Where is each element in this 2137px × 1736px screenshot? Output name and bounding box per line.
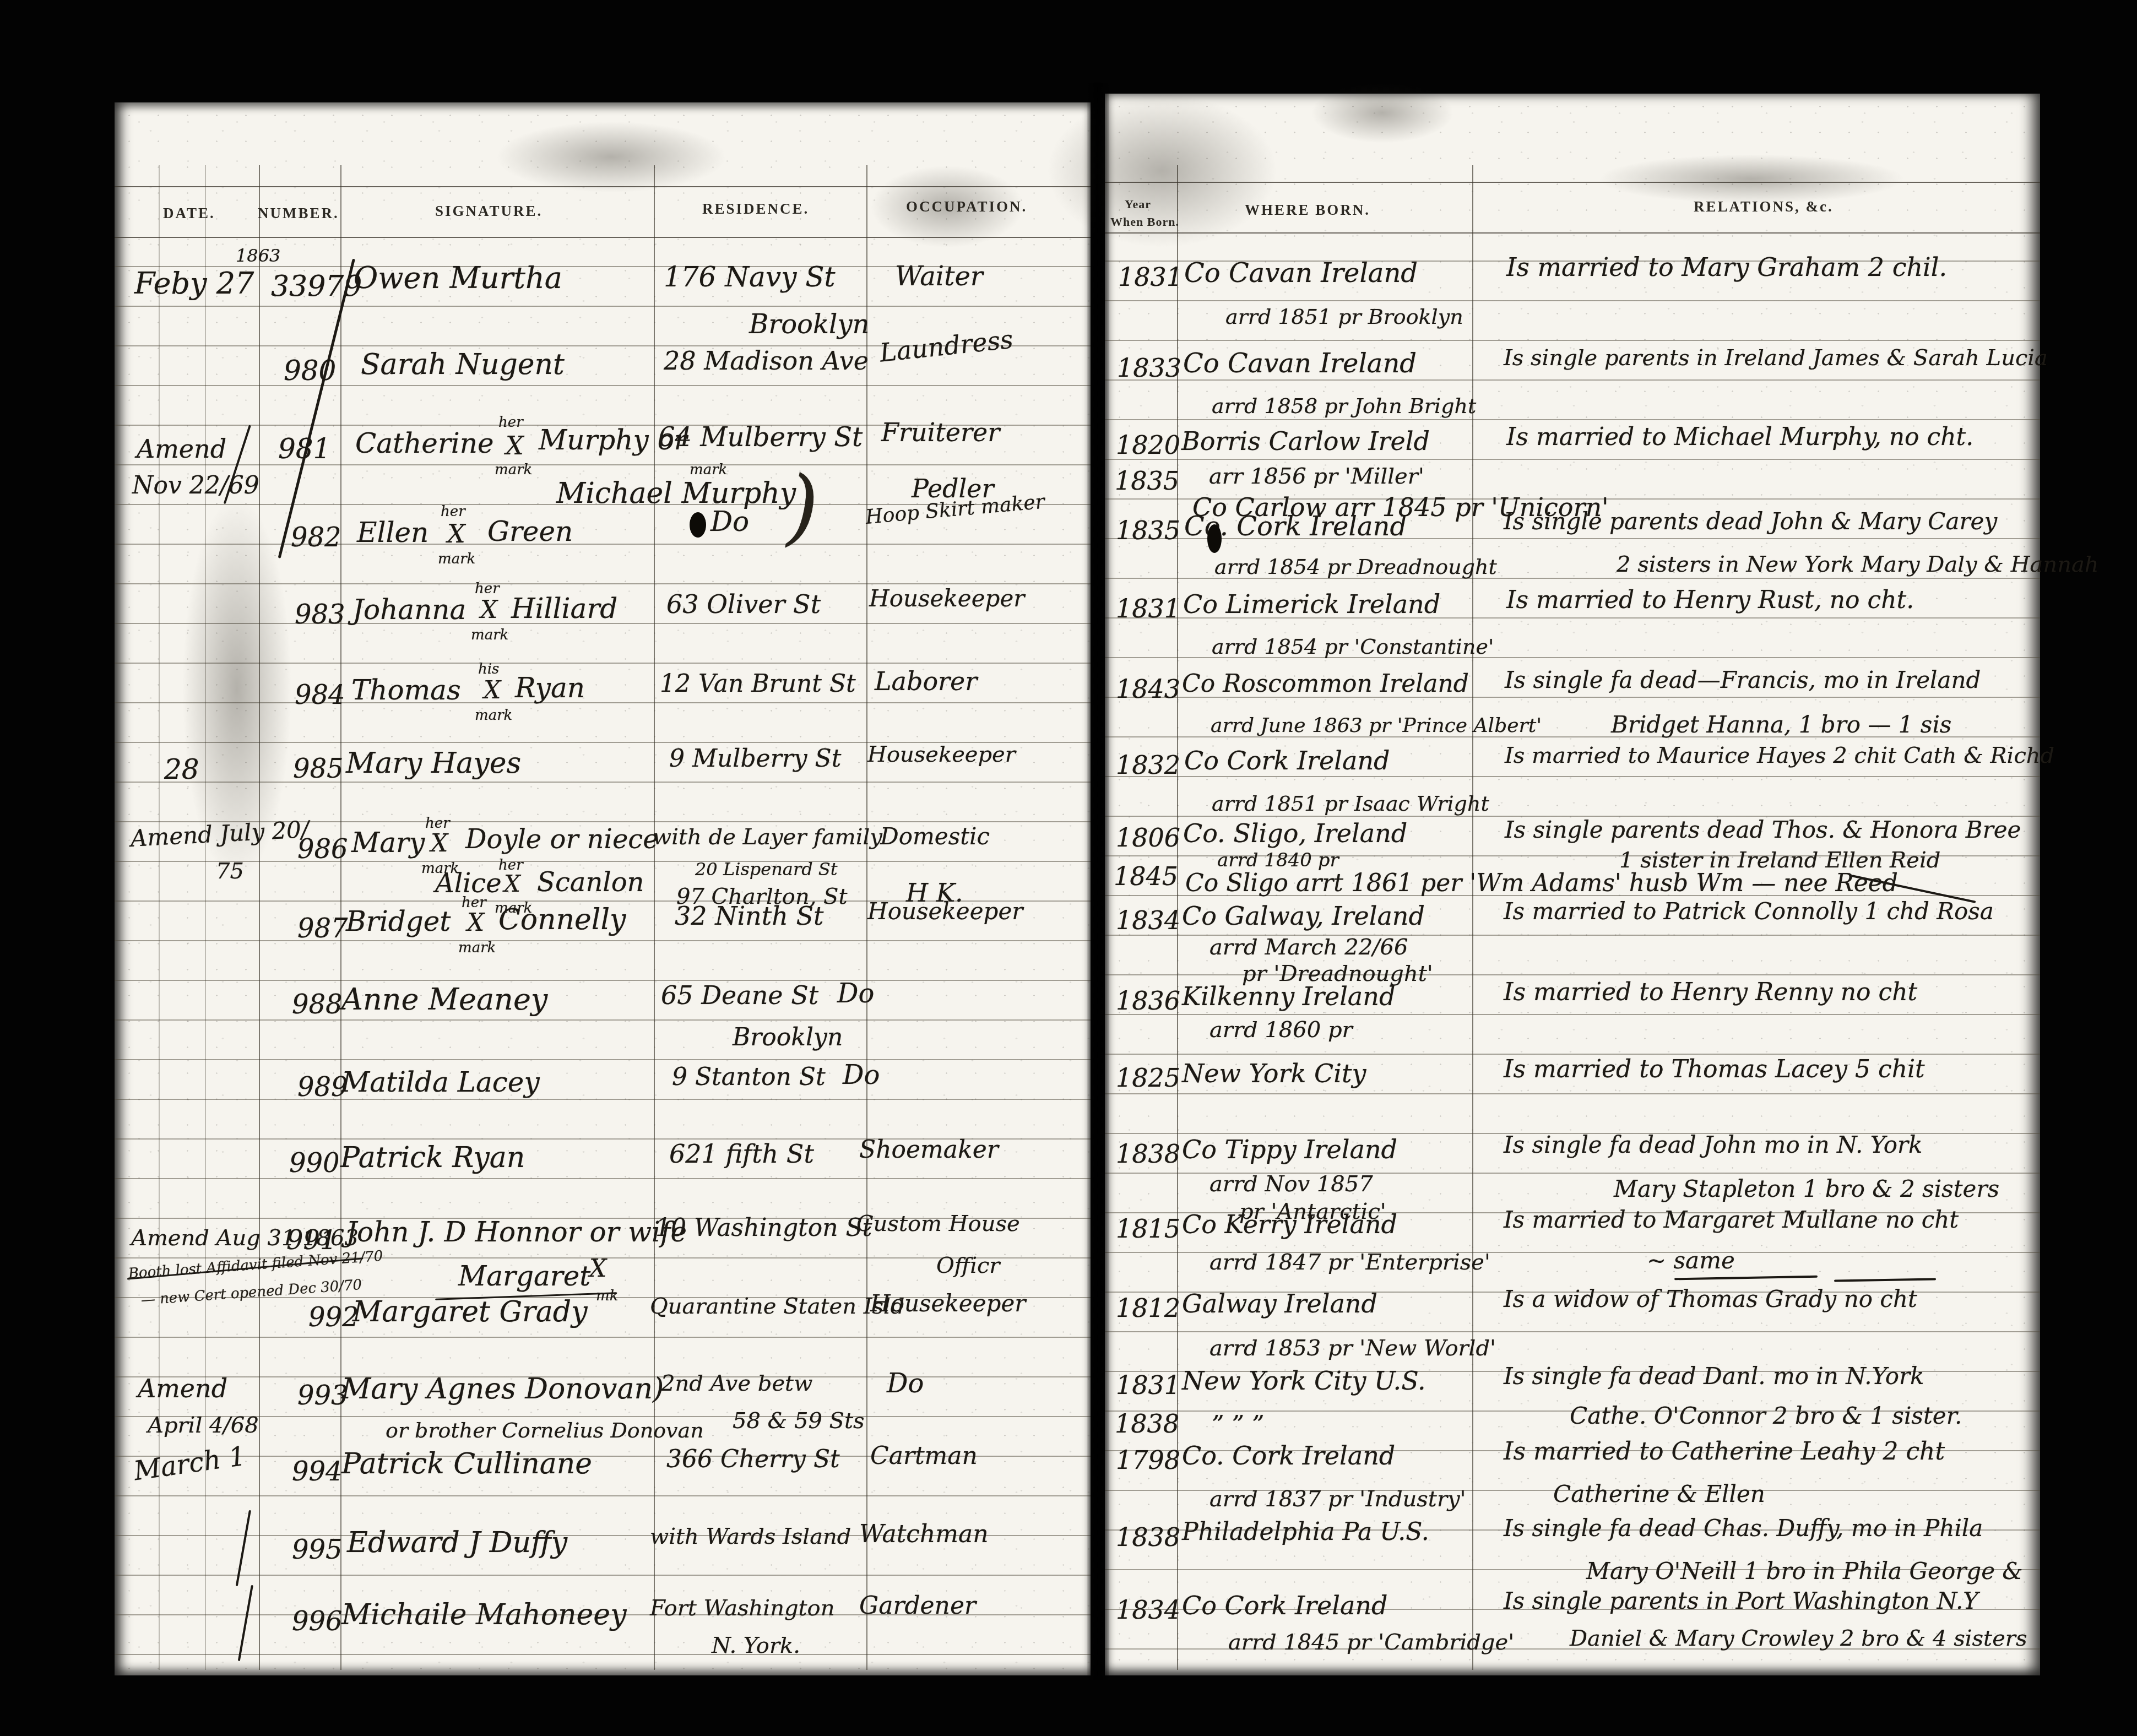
entry-number: 990 — [289, 1150, 340, 1176]
entry-number: 985 — [293, 756, 344, 782]
entry-signature-mark: X — [506, 433, 524, 458]
entry-relations: Is married to Patrick Connolly 1 chd Ros… — [1504, 900, 1994, 923]
entry-signature: Owen Murtha — [354, 263, 562, 293]
entry-number: 989 — [297, 1074, 348, 1100]
entry-where-born: arrd June 1863 pr 'Prince Albert' — [1211, 716, 1542, 736]
entry-signature: Thomas — [351, 676, 461, 704]
entry-relations: Is married to Thomas Lacey 5 chit — [1504, 1057, 1925, 1082]
entry-signature-mark: her — [425, 816, 450, 831]
entry-residence: 58 & 59 Sts — [733, 1410, 865, 1432]
entry-date: April 4/68 — [148, 1414, 259, 1436]
entry-relations: Is single parents dead Thos. & Honora Br… — [1505, 818, 2021, 842]
entry-occupation: Housekeeper — [867, 900, 1023, 923]
entry-relations: Is single fa dead Danl. mo in N.York — [1504, 1365, 1924, 1388]
entry-relations: Is married to Michael Murphy, no cht. — [1506, 425, 1973, 449]
entry-relations: Is married to Henry Rust, no cht. — [1506, 588, 1914, 612]
entry-year-born: 1838 — [1115, 1411, 1179, 1436]
entry-relations: Is married to Henry Renny no cht — [1504, 980, 1917, 1005]
entry-where-born: arrd 1851 pr Isaac Wright — [1212, 793, 1489, 814]
entry-where-born: Co Cork Ireland — [1182, 1593, 1387, 1618]
entry-date: 75 — [216, 860, 244, 882]
entry-year-born: 1838 — [1116, 1525, 1180, 1550]
entry-occupation: Gardener — [859, 1594, 976, 1618]
entry-date: Amend July 20/ — [130, 818, 310, 850]
entry-year-born: 1815 — [1116, 1216, 1180, 1241]
entry-occupation: Do — [887, 1370, 924, 1397]
entry-signature: Matilda Lacey — [341, 1068, 540, 1096]
entry-number: 991 — [286, 1227, 337, 1254]
entry-occupation: Officr — [936, 1255, 1000, 1277]
entry-year-born: 1831 — [1116, 596, 1180, 621]
entry-relations: Mary Stapleton 1 bro & 2 sisters — [1614, 1178, 1999, 1201]
entry-year-born: 1832 — [1116, 752, 1180, 778]
underline-stroke — [1674, 1276, 1818, 1281]
entry-signature: Patrick Ryan — [340, 1143, 525, 1172]
entry-where-born: Co Cavan Ireland — [1183, 350, 1417, 377]
entry-year-born: 1834 — [1116, 908, 1180, 933]
entry-signature: Margaret Grady — [352, 1298, 588, 1326]
entry-residence: 9 Mulberry St — [669, 747, 841, 771]
entry-signature-mark: her — [475, 582, 500, 596]
entry-where-born: arrd 1847 pr 'Enterprise' — [1209, 1251, 1490, 1273]
entry-occupation: Watchman — [859, 1522, 989, 1547]
entry-occupation: Waiter — [895, 263, 983, 290]
entry-residence: Brooklyn — [733, 1026, 843, 1050]
entry-relations: Is single parents in Port Washington N.Y — [1504, 1589, 1978, 1613]
entry-year-born: 1831 — [1116, 1372, 1180, 1398]
entry-year-born: 1820 — [1116, 432, 1180, 458]
entry-relations: Is single fa dead—Francis, mo in Ireland — [1505, 669, 1981, 692]
entry-occupation: Housekeeper — [867, 744, 1016, 766]
entry-occupation: Custom House — [856, 1213, 1020, 1235]
check-stroke-995 — [236, 1510, 251, 1587]
entry-where-born: Co. Sligo, Ireland — [1183, 821, 1407, 846]
entry-year-born: 1798 — [1116, 1447, 1180, 1473]
entry-year-born: 1812 — [1116, 1295, 1180, 1321]
entry-date-year: 1863 — [236, 247, 280, 264]
entry-signature: Michaile Mahoneey — [341, 1601, 627, 1629]
entry-signature: Alice — [435, 870, 502, 897]
entry-where-born: arrd 1853 pr 'New World' — [1209, 1337, 1496, 1359]
entry-signature-mark: her — [498, 415, 523, 430]
entry-where-born: arrd 1845 pr 'Cambridge' — [1228, 1631, 1514, 1653]
entry-where-born: Galway Ireland — [1182, 1291, 1377, 1316]
entry-number: 984 — [295, 682, 345, 708]
entry-signature-mark: mark — [458, 941, 496, 955]
entry-occupation: Do — [843, 1062, 880, 1088]
entry-year-born: 1835 — [1115, 468, 1179, 493]
entry-number: 992 — [308, 1304, 359, 1331]
entry-signature: John J. D Honnor or wife — [346, 1218, 687, 1246]
entry-residence: 621 fifth St — [669, 1141, 814, 1167]
entry-signature-mark: X — [447, 521, 465, 546]
entry-signature: Mary — [351, 829, 425, 856]
entry-where-born: arrd March 22/66 — [1209, 936, 1408, 958]
entry-signature-mark: mark — [495, 463, 532, 477]
entry-signature: Doyle or niece — [465, 826, 659, 853]
entry-where-born: ” ” ” — [1212, 1413, 1264, 1437]
entry-signature-mark: mark — [475, 708, 512, 723]
entry-where-born: Kilkenny Ireland — [1182, 984, 1395, 1009]
entry-signature: Hilliard — [511, 595, 617, 622]
entry-signature: Edward J Duffy — [347, 1528, 567, 1557]
entry-year-born: 1806 — [1116, 825, 1180, 850]
ink-blot — [690, 512, 706, 538]
entry-relations: 2 sisters in New York Mary Daly & Hannah — [1617, 554, 2099, 576]
entry-occupation: Fruiterer — [881, 420, 1000, 445]
entry-where-born: Co Cavan Ireland — [1184, 260, 1418, 286]
entry-number: 995 — [292, 1537, 343, 1563]
entry-number: 996 — [292, 1608, 343, 1635]
entry-where-born: arrd 1851 pr Brooklyn — [1225, 306, 1463, 327]
check-stroke-996 — [238, 1585, 253, 1662]
entry-signature-mark: mark — [438, 552, 475, 566]
entry-number: 993 — [297, 1382, 348, 1409]
entry-relations: Is married to Catherine Leahy 2 cht — [1504, 1440, 1945, 1464]
entry-number: 987 — [297, 915, 348, 942]
entry-signature: Green — [487, 518, 573, 545]
entry-occupation: Housekeeper — [870, 1292, 1026, 1315]
entry-where-born: arr 1856 pr 'Miller' — [1209, 465, 1424, 487]
ink-blot — [1207, 524, 1222, 553]
entry-residence: N. York. — [712, 1635, 800, 1657]
entry-number: 983 — [295, 601, 345, 628]
entry-signature-mark: mark — [471, 628, 508, 642]
entry-signature-mark: X — [484, 679, 501, 703]
entry-residence: 28 Madison Ave — [664, 348, 869, 373]
entry-year-born: 1835 — [1116, 518, 1180, 543]
entry-occupation: Shoemaker — [859, 1138, 999, 1162]
entry-where-born: Co Limerick Ireland — [1183, 592, 1440, 617]
entry-signature: Bridget — [346, 908, 451, 935]
entry-where-born: arrd Nov 1857 — [1209, 1173, 1373, 1195]
entry-residence: with de Layer family — [653, 826, 882, 848]
entry-signature-mark: X — [480, 598, 497, 622]
entry-date: 28 — [164, 756, 199, 783]
entry-residence: Do — [710, 508, 749, 535]
underline-stroke — [1834, 1278, 1936, 1282]
entry-residence: 63 Oliver St — [666, 592, 821, 617]
entry-relations: Catherine & Ellen — [1553, 1483, 1765, 1506]
entry-signature-mark: her — [462, 896, 486, 910]
entry-signature: Ryan — [515, 674, 585, 702]
entry-residence: 20 Lispenard St — [695, 860, 838, 878]
entry-signature-mark: X — [467, 911, 484, 935]
entry-signature: Mary Agnes Donovan) — [341, 1375, 664, 1403]
entry-year-born: 1825 — [1116, 1065, 1180, 1091]
entry-signature: Ellen — [357, 519, 429, 546]
entry-occupation: Laborer — [875, 669, 977, 694]
entry-residence: 10 Washington St — [655, 1216, 872, 1240]
entry-date: Nov 22/69 — [132, 474, 259, 498]
entry-number: 982 — [291, 524, 341, 551]
entry-relations: Is married to Maurice Hayes 2 chit Cath … — [1505, 745, 2054, 767]
entry-relations: ~ same — [1647, 1249, 1735, 1272]
entry-year-born: 1845 — [1114, 864, 1178, 889]
entry-residence: 366 Cherry St — [666, 1447, 840, 1472]
check-stroke-979 — [278, 258, 355, 558]
entry-number: 994 — [292, 1458, 343, 1485]
entry-relations: Is a widow of Thomas Grady no cht — [1504, 1288, 1917, 1311]
entry-residence: 65 Deane St — [661, 983, 818, 1008]
entry-relations: Is single fa dead John mo in N. York — [1504, 1133, 1923, 1157]
handwriting-layer: 1863Feby 2733979Owen Murtha176 Navy StBr… — [0, 0, 2137, 1736]
entry-occupation: Housekeeper — [869, 587, 1024, 610]
entry-signature: Connelly — [498, 905, 626, 934]
entry-signature: Johanna — [352, 596, 466, 623]
entry-year-born: 1836 — [1116, 988, 1180, 1013]
entry-year-born: 1833 — [1117, 355, 1181, 381]
entry-signature-mark: his — [478, 662, 499, 676]
entry-residence: 176 Navy St — [664, 263, 836, 291]
entry-signature-mark: mark — [690, 463, 727, 477]
entry-relations: Daniel & Mary Crowley 2 bro & 4 sisters — [1570, 1628, 2027, 1650]
entry-date: Amend — [137, 436, 226, 462]
entry-date: Feby 27 — [134, 269, 254, 299]
entry-occupation: Domestic — [880, 825, 990, 848]
entry-residence: Fort Washington — [650, 1597, 834, 1619]
entry-signature: Scanlon — [537, 869, 644, 896]
entry-occupation: Do — [837, 980, 874, 1007]
entry-relations: Is married to Mary Graham 2 chil. — [1506, 254, 1947, 280]
entry-number: 986 — [297, 836, 348, 862]
entry-where-born: Co Galway, Ireland — [1182, 903, 1425, 929]
entry-where-born: arrd 1840 pr — [1217, 851, 1339, 870]
entry-date: Amend — [138, 1376, 227, 1401]
entry-signature-mark: X — [589, 1257, 606, 1281]
entry-where-born: Co Roscommon Ireland — [1182, 672, 1469, 696]
entry-occupation: Laundress — [878, 327, 1015, 366]
entry-where-born: Philadelphia Pa U.S. — [1182, 1520, 1429, 1544]
entry-date: March 1 — [132, 1443, 247, 1485]
entry-signature: Patrick Cullinane — [341, 1450, 592, 1478]
entry-residence: 12 Van Brunt St — [660, 672, 856, 696]
entry-signature: Anne Meaney — [341, 985, 547, 1015]
entry-signature: Michael Murphy — [556, 479, 796, 508]
entry-residence: 9 Stanton St — [672, 1065, 826, 1089]
entry-year-born: 1838 — [1116, 1141, 1180, 1167]
entry-signature: Mary Hayes — [346, 749, 521, 778]
entry-year-born: 1843 — [1116, 676, 1180, 702]
entry-year-born: 1831 — [1118, 264, 1183, 290]
entry-signature-mark: X — [504, 872, 520, 896]
entry-residence: 32 Ninth St — [675, 903, 823, 929]
entry-residence: 64 Mulberry St — [658, 424, 863, 451]
entry-where-born: Co. Cork Ireland — [1182, 1443, 1395, 1468]
scanned-ledger-spread: DATE. NUMBER. SIGNATURE. RESIDENCE. OCCU… — [0, 0, 2137, 1736]
entry-relations: Bridget Hanna, 1 bro — 1 sis — [1611, 713, 1951, 736]
entry-where-born: New York City U.S. — [1182, 1368, 1426, 1393]
entry-signature-mark: X — [431, 832, 448, 856]
entry-where-born: arrd 1860 pr — [1209, 1019, 1353, 1041]
entry-relations: Cathe. O'Connor 2 bro & 1 sister. — [1570, 1404, 1962, 1428]
entry-residence: Brooklyn — [749, 311, 869, 338]
entry-signature: Catherine — [355, 430, 494, 457]
entry-where-born: Co Kerry Ireland — [1182, 1212, 1397, 1237]
entry-where-born: Co Cork Ireland — [1184, 748, 1390, 773]
entry-signature-mark: her — [441, 504, 465, 519]
entry-where-born: arrd 1854 pr Dreadnought — [1214, 556, 1497, 577]
entry-residence: 2nd Ave betw — [661, 1372, 812, 1395]
entry-residence: Quarantine Staten Isld — [650, 1295, 904, 1317]
entry-signature: Sarah Nugent — [361, 350, 565, 379]
entry-where-born: arrd 1854 pr 'Constantine' — [1212, 636, 1494, 657]
entry-where-born: arrd 1837 pr 'Industry' — [1209, 1488, 1466, 1510]
entry-year-born: 1834 — [1116, 1597, 1180, 1623]
entry-signature: or brother Cornelius Donovan — [386, 1420, 704, 1441]
entry-where-born: Borris Carlow Ireld — [1181, 428, 1430, 454]
entry-where-born: arrd 1858 pr John Bright — [1212, 395, 1476, 416]
entry-number: 988 — [292, 991, 343, 1018]
entry-occupation: Cartman — [870, 1444, 978, 1468]
entry-where-born: Co Tippy Ireland — [1182, 1137, 1397, 1162]
entry-relations: Is married to Margaret Mullane no cht — [1504, 1208, 1959, 1232]
entry-relations: Is single fa dead Chas. Duffy, mo in Phi… — [1504, 1517, 1983, 1540]
entry-brace: ) — [787, 465, 819, 548]
entry-where-born: New York City — [1182, 1061, 1366, 1086]
entry-relations: Mary O'Neill 1 bro in Phila George & — [1586, 1560, 2023, 1583]
entry-relations: Is single parents dead John & Mary Carey — [1504, 510, 1997, 533]
entry-relations: 1 sister in Ireland Ellen Reid — [1619, 849, 1940, 871]
entry-residence: with Wards Island — [650, 1526, 851, 1548]
entry-relations: Is single parents in Ireland James & Sar… — [1504, 347, 2048, 369]
entry-signature-mark: mk — [596, 1289, 618, 1303]
entry-signature: Margaret — [458, 1262, 590, 1290]
entry-where-born: Co Sligo arrt 1861 per 'Wm Adams' husb W… — [1185, 871, 1898, 896]
